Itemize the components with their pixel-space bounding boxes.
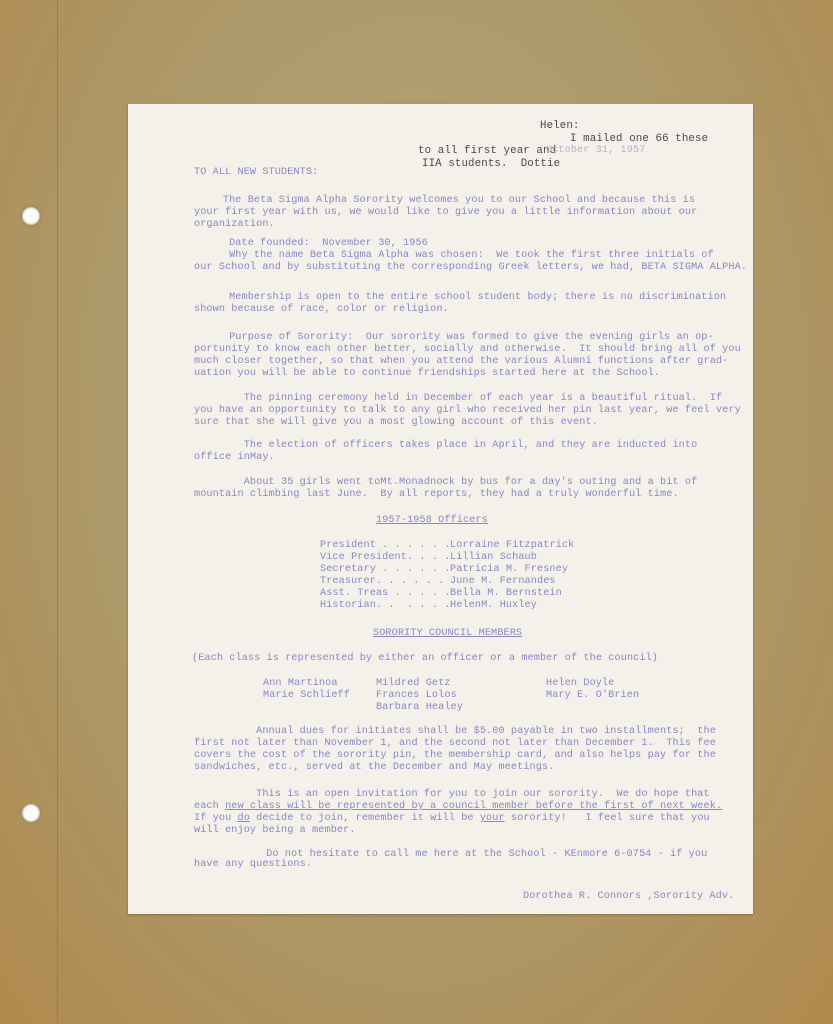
council-member: Mildred Getz xyxy=(376,678,451,690)
punch-hole-top xyxy=(22,207,40,225)
officer-name: HelenM. Huxley xyxy=(450,600,537,612)
note-line-1: I mailed one 66 these xyxy=(570,133,708,145)
note-line-3: IIA students. Dottie xyxy=(422,158,560,170)
signature: Dorothea R. Connors ,Sorority Adv. xyxy=(523,891,734,903)
officer-name: Lorraine Fitzpatrick xyxy=(450,540,574,552)
council-subtitle: (Each class is represented by either an … xyxy=(192,653,658,665)
council-member: Helen Doyle xyxy=(546,678,614,690)
officer-name: Bella M. Bernstein xyxy=(450,588,562,600)
date-founded: Date founded: November 30, 1956 xyxy=(198,238,428,250)
council-member: Ann Martinoa xyxy=(263,678,338,690)
officer-name: June M. Fernandes xyxy=(450,576,556,588)
council-member: Frances Lolos xyxy=(376,690,457,702)
officer-name: Lillian Schaub xyxy=(450,552,537,564)
letter-sheet: Helen: I mailed one 66 these to all firs… xyxy=(128,104,753,914)
officer-role: Treasurer. . . . . . xyxy=(320,576,444,588)
salutation: TO ALL NEW STUDENTS: xyxy=(194,167,318,179)
council-member: Barbara Healey xyxy=(376,702,463,714)
officers-title: 1957-1958 Officers xyxy=(376,515,488,527)
officer-role: Secretary . . . . . . xyxy=(320,564,450,576)
letter-date: October 31, 1957 xyxy=(546,145,645,157)
council-title: SORORITY COUNCIL MEMBERS xyxy=(373,628,522,640)
officer-role: Historian. . . . . . xyxy=(320,600,450,612)
note-line-2: to all first year and xyxy=(418,145,556,157)
officer-role: President . . . . . . xyxy=(320,540,450,552)
officer-name: Patricia M. Fresney xyxy=(450,564,568,576)
council-member: Marie Schlieff xyxy=(263,690,350,702)
officer-role: Vice President. . . . xyxy=(320,552,450,564)
binder-fold-line xyxy=(57,0,58,1024)
punch-hole-bottom xyxy=(22,804,40,822)
note-greeting: Helen: xyxy=(540,120,579,132)
council-member: Mary E. O'Brien xyxy=(546,690,639,702)
officer-role: Asst. Treas . . . . . xyxy=(320,588,450,600)
